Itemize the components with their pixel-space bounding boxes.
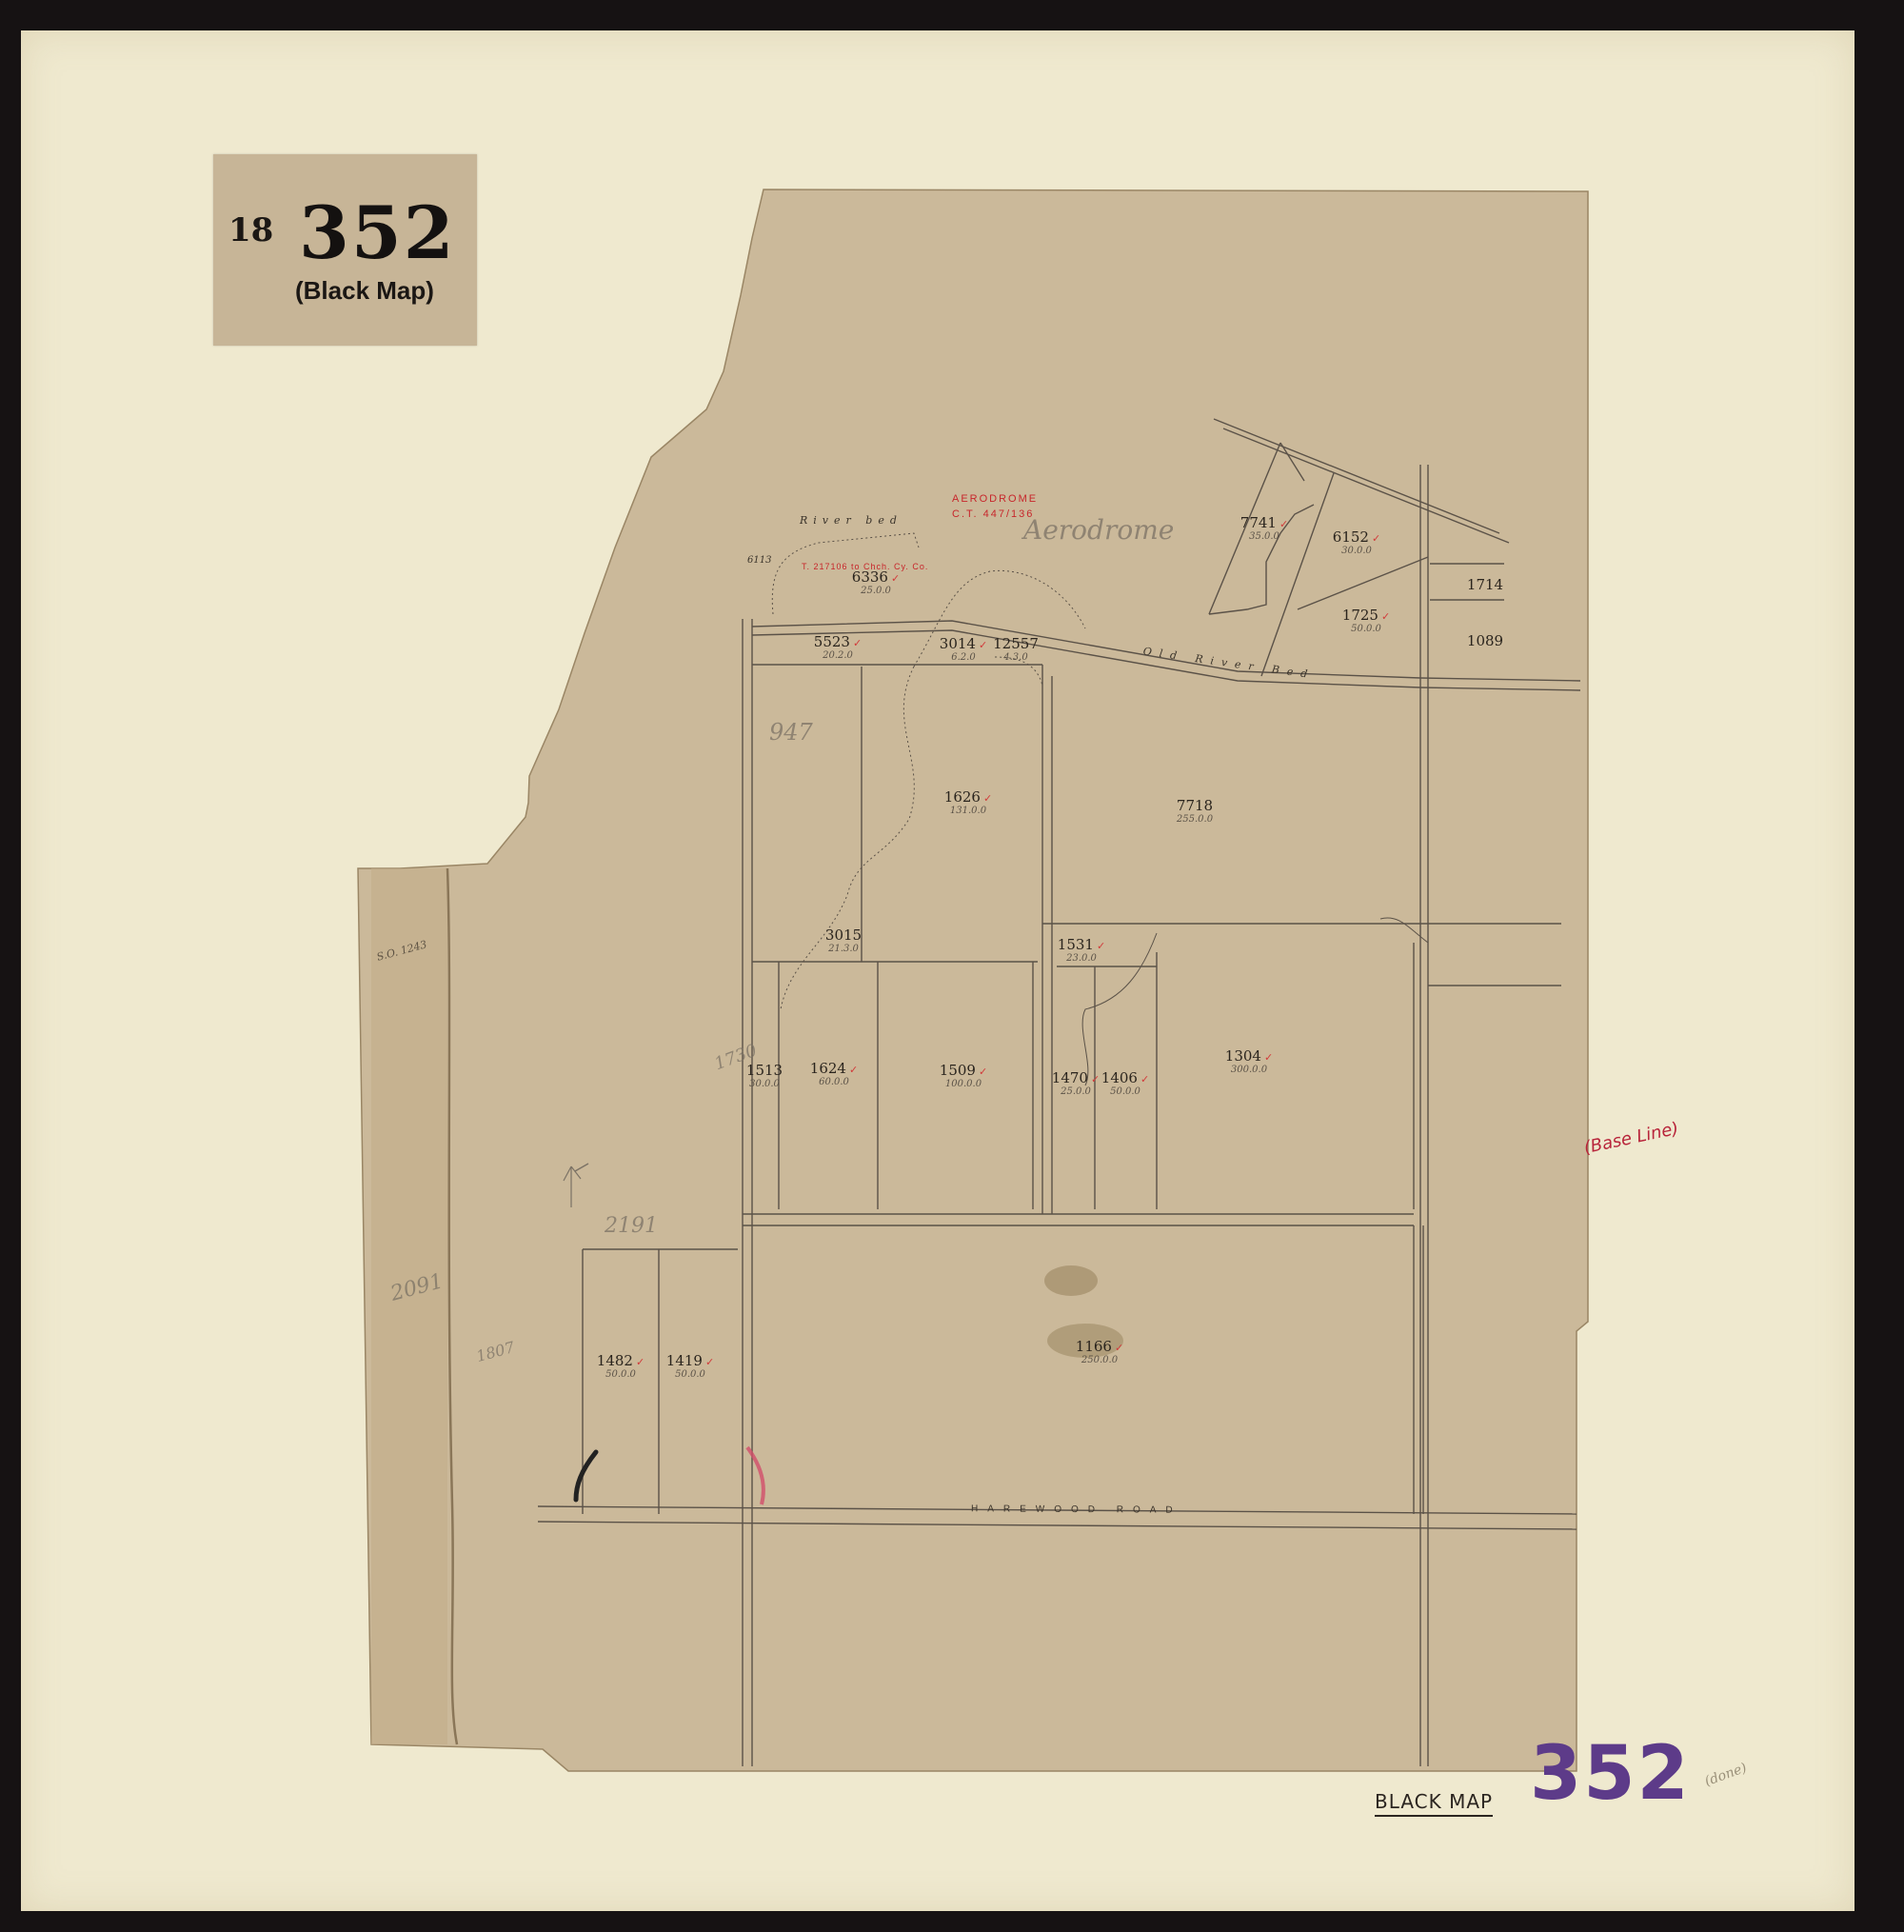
lot-1470: 1470✓25.0.0 bbox=[1052, 1069, 1100, 1098]
aerodrome-pencil-label: Aerodrome bbox=[1023, 514, 1174, 546]
stamp-number: 352 bbox=[1530, 1731, 1691, 1817]
aerodrome-red-label: AERODROME bbox=[952, 493, 1038, 505]
lot-1531: 1531✓23.0.0 bbox=[1058, 936, 1105, 965]
lot-1714: 1714 bbox=[1467, 576, 1503, 593]
pencil-947: 947 bbox=[769, 719, 813, 746]
lot-1419: 1419✓50.0.0 bbox=[666, 1352, 714, 1381]
lot-6152: 6152✓30.0.0 bbox=[1333, 528, 1380, 557]
lot-1482: 1482✓50.0.0 bbox=[597, 1352, 645, 1381]
lot-5523: 5523✓20.2.0 bbox=[814, 633, 862, 662]
transfer-note: T. 217106 to Chch. Cy. Co. bbox=[802, 562, 928, 571]
lot-3015: 301521.3.0 bbox=[825, 926, 862, 955]
lot-3014: 3014✓6.2.0 bbox=[940, 635, 987, 664]
lot-12557: 125574.3.0 bbox=[993, 635, 1039, 664]
pencil-2191: 2191 bbox=[605, 1214, 658, 1238]
black-map-label: BLACK MAP bbox=[1375, 1790, 1493, 1817]
map-sheet: 6336✓25.0.0 5523✓20.2.0 3014✓6.2.0 12557… bbox=[0, 0, 1904, 1932]
lot-7741: 7741✓35.0.0 bbox=[1240, 514, 1288, 543]
harewood-road-label: HAREWOOD ROAD bbox=[971, 1504, 1182, 1516]
lot-1513: 151330.0.0 bbox=[746, 1062, 783, 1090]
lot-6113-label: 6113 bbox=[747, 555, 771, 566]
lot-1624: 1624✓60.0.0 bbox=[810, 1060, 858, 1088]
lot-1509: 1509✓100.0.0 bbox=[940, 1062, 987, 1090]
lot-6336: 6336✓25.0.0 bbox=[852, 568, 900, 597]
lot-1725: 1725✓50.0.0 bbox=[1342, 607, 1390, 635]
lot-7718: 7718255.0.0 bbox=[1177, 797, 1213, 826]
lot-1406: 1406✓50.0.0 bbox=[1101, 1069, 1149, 1098]
lot-1304: 1304✓300.0.0 bbox=[1225, 1047, 1273, 1076]
river-bed-label: River bed bbox=[800, 514, 902, 527]
lot-1089: 1089 bbox=[1467, 632, 1503, 649]
aerodrome-title-ref: C.T. 447/136 bbox=[952, 508, 1034, 520]
lot-1626: 1626✓131.0.0 bbox=[944, 788, 992, 817]
lot-1166: 1166✓250.0.0 bbox=[1076, 1338, 1123, 1366]
survey-plan-drawing bbox=[0, 0, 1904, 1932]
